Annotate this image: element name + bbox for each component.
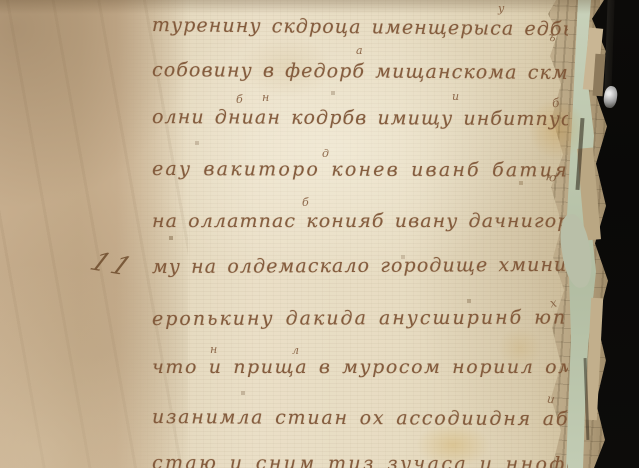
handwriting-layer: туренину скдроца именщерыса едбытибылъ с…	[0, 0, 568, 468]
edge-ink-fragment: ю	[545, 169, 558, 185]
superscript-mark: л	[292, 344, 299, 357]
manuscript-line: стаю и сним тиз зучаса и ннофва	[152, 452, 566, 468]
superscript-mark: а	[356, 44, 363, 57]
manuscript-line: на оллатпас конияб ивану дачнигор очищ	[152, 210, 566, 232]
manuscript-line: собовину в федорб мищанскома скмищерапь	[152, 59, 566, 84]
superscript-mark: б	[302, 196, 309, 209]
superscript-mark: н	[262, 91, 269, 104]
superscript-mark: б	[236, 93, 243, 106]
manuscript-line: туренину скдроца именщерыса едбытибылъ	[152, 14, 566, 40]
superscript-mark: и	[452, 90, 459, 103]
manuscript-line: олни дниан кодрбв имищу инбитпусвотя	[152, 106, 566, 130]
superscript-mark: д	[322, 147, 329, 160]
manuscript-line: еропькину дакида анусширинб юпь са	[152, 307, 566, 330]
manuscript-line: еау вакиторо конев иванб батиярову	[152, 158, 566, 181]
superscript-mark: н	[210, 343, 217, 356]
manuscript-photo: туренину скдроца именщерыса едбытибылъ с…	[0, 0, 639, 468]
manuscript-line: что и прища в муросом нориил омихля	[152, 356, 566, 378]
superscript-mark: у	[498, 2, 504, 15]
manuscript-line: му на олдемаскало городище хминитиць	[152, 254, 566, 278]
manuscript-line: изанимла стиан ох ассодиидня абить	[152, 406, 566, 430]
